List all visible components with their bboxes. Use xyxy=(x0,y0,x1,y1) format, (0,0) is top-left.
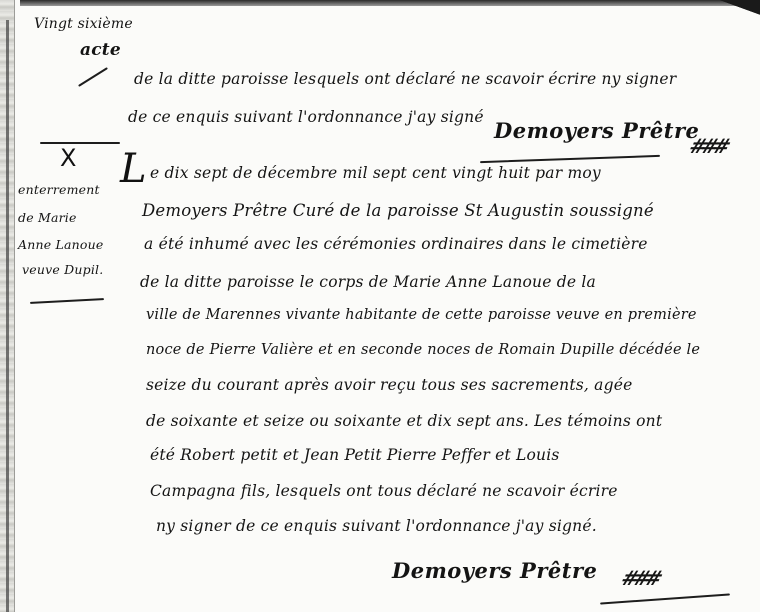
entry-line-7: seize du courant après avoir reçu tous s… xyxy=(146,376,632,394)
margin-note-line-2: de Marie xyxy=(18,210,77,225)
entry-line-1: e dix sept de décembre mil sept cent vin… xyxy=(150,164,601,182)
signature-underline-2 xyxy=(600,593,730,604)
previous-entry-act-label: acte xyxy=(80,40,121,60)
margin-note-line-1: enterrement xyxy=(18,182,100,197)
page-corner-shadow xyxy=(720,0,760,22)
entry-line-5: ville de Marennes vivante habitante de c… xyxy=(146,307,697,323)
entry-line-4: de la ditte paroisse le corps de Marie A… xyxy=(140,273,596,291)
entry-line-2: Demoyers Prêtre Curé de la paroisse St A… xyxy=(142,201,654,220)
margin-note-line-3: Anne Lanoue xyxy=(18,237,103,252)
act-label-flourish xyxy=(78,67,108,87)
previous-entry-signature: Demoyers Prêtre xyxy=(494,118,699,143)
register-page: Vingt sixième acte de la ditte paroisse … xyxy=(0,0,760,612)
previous-entry-line-2: de ce enquis suivant l'ordonnance j'ay s… xyxy=(128,108,484,126)
signature-underline-1 xyxy=(480,155,660,163)
margin-separator-top xyxy=(40,142,120,144)
entry-line-3: a été inhumé avec les cérémonies ordinai… xyxy=(144,235,648,253)
margin-separator-bottom xyxy=(30,298,104,304)
margin-note-line-4: veuve Dupil. xyxy=(22,262,103,277)
page-top-edge xyxy=(20,0,760,6)
entry-signature: Demoyers Prêtre xyxy=(392,558,597,583)
entry-line-11: ny signer de ce enquis suivant l'ordonna… xyxy=(156,517,597,535)
entry-line-10: Campagna fils, lesquels ont tous déclaré… xyxy=(150,482,618,500)
entry-dropcap: L xyxy=(120,146,147,192)
signature-paraph-1: ### xyxy=(686,134,730,158)
entry-line-6: noce de Pierre Valière et en seconde noc… xyxy=(146,342,700,358)
previous-entry-header: Vingt sixième xyxy=(34,16,133,32)
entry-cross-mark: X xyxy=(60,144,76,172)
previous-entry-line-1: de la ditte paroisse lesquels ont déclar… xyxy=(134,70,676,88)
signature-paraph-2: ### xyxy=(618,566,662,590)
margin-rule xyxy=(6,20,9,612)
entry-line-9: été Robert petit et Jean Petit Pierre Pe… xyxy=(150,446,560,464)
entry-line-8: de soixante et seize ou soixante et dix … xyxy=(146,412,662,430)
